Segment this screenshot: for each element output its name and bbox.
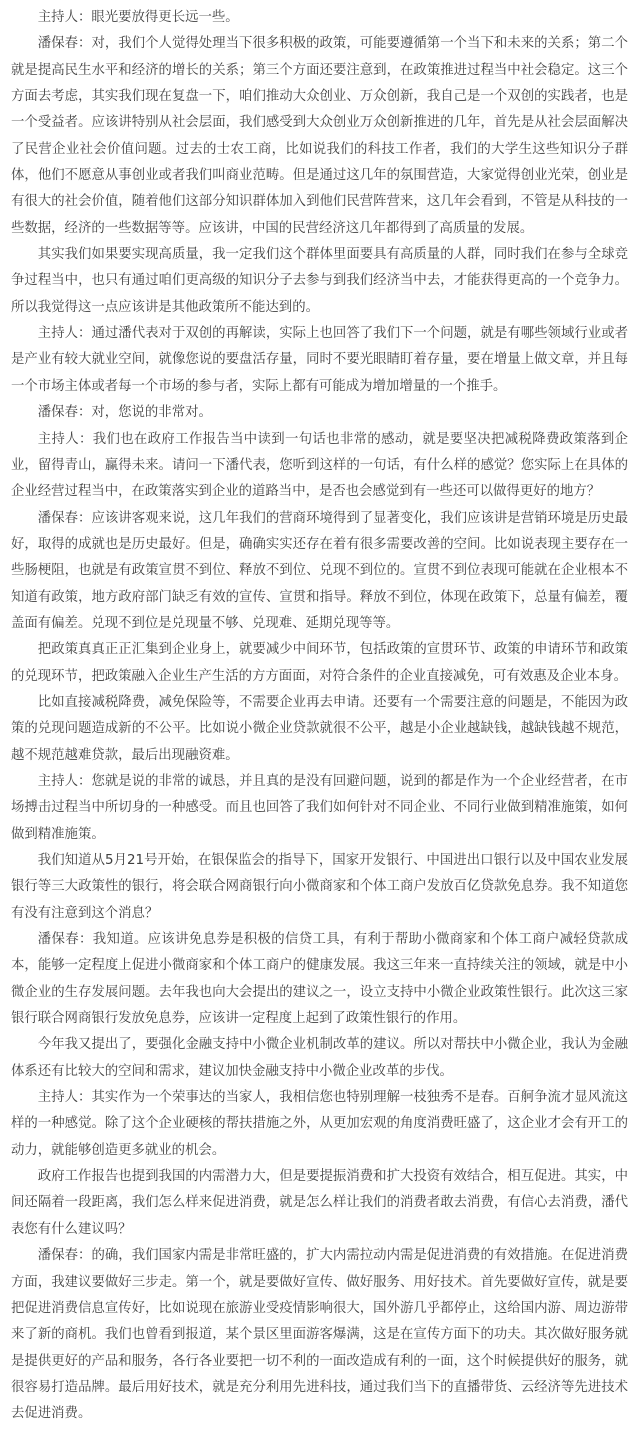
transcript-paragraph: 主持人：您就是说的非常的诚恳，并且真的是没有回避问题，说到的都是作为一个企业经营… [11,769,628,848]
transcript-paragraph: 主持人：通过潘代表对于双创的再解读，实际上也回答了我们下一个问题，就是有哪些领域… [11,321,628,400]
transcript-paragraph: 主持人：我们也在政府工作报告当中读到一句话也非常的感动，就是要坚决把减税降费政策… [11,427,628,506]
transcript-paragraph: 潘保春：应该讲客观来说，这几年我们的营商环境得到了显著变化，我们应该讲是营销环境… [11,506,628,638]
transcript-paragraph: 政府工作报告也提到我国的内需潜力大，但是要提振消费和扩大投资有效结合，相互促进。… [11,1164,628,1243]
transcript-paragraph: 我们知道从5月21号开始，在银保监会的指导下，国家开发银行、中国进出口银行以及中… [11,848,628,927]
transcript-paragraph: 把政策真真正正汇集到企业身上，就要减少中间环节，包括政策的宣贯环节、政策的申请环… [11,637,628,690]
transcript-paragraph: 其实我们如果要实现高质量，我一定我们这个群体里面要具有高质量的人群，同时我们在参… [11,242,628,321]
transcript-paragraph: 比如直接减税降费，减免保险等，不需要企业再去申请。还要有一个需要注意的问题是，不… [11,690,628,769]
transcript-paragraph: 潘保春：我知道。应该讲免息券是积极的信贷工具，有利于帮助小微商家和个体工商户减轻… [11,927,628,1032]
transcript-paragraph: 主持人：其实作为一个荣事达的当家人，我相信您也特别理解一枝独秀不是春。百舸争流才… [11,1085,628,1164]
transcript-paragraph: 主持人：眼光要放得更长远一些。 [11,5,628,31]
transcript-paragraph: 潘保春：对，您说的非常对。 [11,400,628,426]
transcript-paragraph: 今年我又提出了，要强化金融支持中小微企业机制改革的建议。所以对帮扶中小微企业，我… [11,1032,628,1085]
interview-transcript: 主持人：眼光要放得更长远一些。潘保春：对，我们个人觉得处理当下很多积极的政策，可… [0,0,640,1438]
transcript-paragraph: 潘保春：对，我们个人觉得处理当下很多积极的政策，可能要遵循第一个当下和未来的关系… [11,31,628,242]
transcript-paragraph: 潘保春：的确，我们国家内需是非常旺盛的，扩大内需拉动内需是促进消费的有效措施。在… [11,1243,628,1427]
